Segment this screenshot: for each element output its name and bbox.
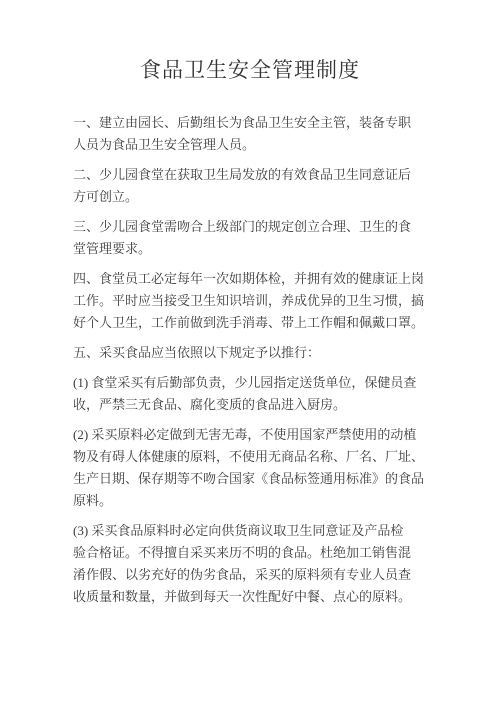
text-line: 堂管理要求。 [73, 238, 433, 260]
text-line: 方可创立。 [73, 186, 433, 208]
paragraph: 五、采买食品应当依照以下规定予以推行： [73, 342, 433, 364]
paragraph: 一、建立由园长、后勤组长为食品卫生安全主管，装备专职人员为食品卫生安全管理人员。 [73, 112, 433, 156]
text-line: 收，严禁三无食品、腐化变质的食品进入厨房。 [73, 394, 433, 416]
text-line: 验合格证。不得擅自采买来历不明的食品。杜绝加工销售混 [73, 542, 433, 564]
document-title: 食品卫生安全管理制度 [0, 55, 500, 85]
paragraph: (1) 食堂采买有后勤部负责，少儿园指定送货单位，保健员查收，严禁三无食品、腐化… [73, 372, 433, 416]
text-line: 好个人卫生，工作前做到洗手消毒、带上工作帽和佩戴口罩。 [73, 312, 433, 334]
text-line: (2) 采买原料必定做到无害无毒，不使用国家严禁使用的动植 [73, 424, 433, 446]
paragraph: 二、少儿园食堂在获取卫生局发放的有效食品卫生同意证后方可创立。 [73, 164, 433, 208]
text-line: 淆作假、以劣充好的伪劣食品，采买的原料须有专业人员查 [73, 564, 433, 586]
text-line: 原料。 [73, 490, 433, 512]
text-line: 收质量和数量，并做到每天一次性配好中餐、点心的原料。 [73, 586, 433, 608]
text-line: 生产日期、保存期等不吻合国家《食品标签通用标准》的食品 [73, 468, 433, 490]
text-line: 四、食堂员工必定每年一次如期体检，并拥有效的健康证上岗 [73, 268, 433, 290]
text-line: 一、建立由园长、后勤组长为食品卫生安全主管，装备专职 [73, 112, 433, 134]
text-line: 三、少儿园食堂需吻合上级部门的规定创立合理、卫生的食 [73, 216, 433, 238]
text-line: 二、少儿园食堂在获取卫生局发放的有效食品卫生同意证后 [73, 164, 433, 186]
paragraph: 四、食堂员工必定每年一次如期体检，并拥有效的健康证上岗工作。平时应当接受卫生知识… [73, 268, 433, 334]
paragraph: 三、少儿园食堂需吻合上级部门的规定创立合理、卫生的食堂管理要求。 [73, 216, 433, 260]
paragraph: (3) 采买食品原料时必定向供货商议取卫生同意证及产品检验合格证。不得擅自采买来… [73, 520, 433, 608]
text-line: 人员为食品卫生安全管理人员。 [73, 134, 433, 156]
document-page: 食品卫生安全管理制度 一、建立由园长、后勤组长为食品卫生安全主管，装备专职人员为… [0, 0, 500, 708]
text-line: (1) 食堂采买有后勤部负责，少儿园指定送货单位，保健员查 [73, 372, 433, 394]
paragraph: (2) 采买原料必定做到无害无毒，不使用国家严禁使用的动植物及有碍人体健康的原料… [73, 424, 433, 512]
document-body: 一、建立由园长、后勤组长为食品卫生安全主管，装备专职人员为食品卫生安全管理人员。… [73, 112, 433, 608]
text-line: 物及有碍人体健康的原料，不使用无商品名称、厂名、厂址、 [73, 446, 433, 468]
text-line: 工作。平时应当接受卫生知识培训，养成优异的卫生习惯，搞 [73, 290, 433, 312]
text-line: 五、采买食品应当依照以下规定予以推行： [73, 342, 433, 364]
text-line: (3) 采买食品原料时必定向供货商议取卫生同意证及产品检 [73, 520, 433, 542]
